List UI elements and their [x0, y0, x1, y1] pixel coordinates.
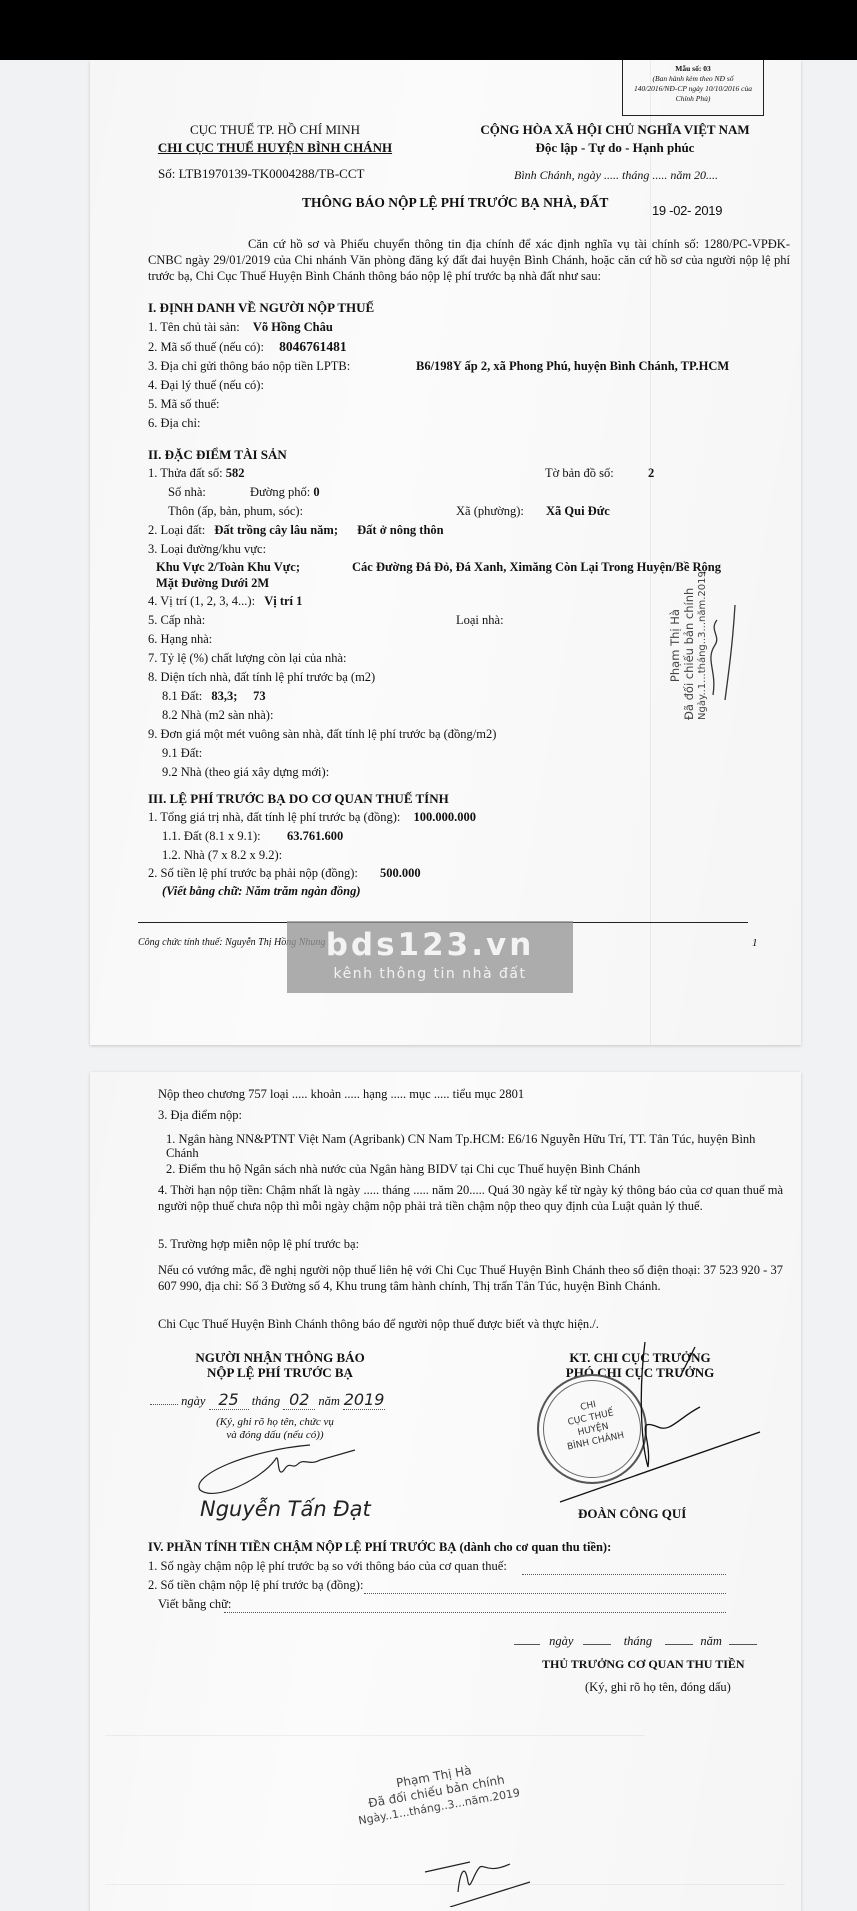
section2-heading: II. ĐẶC ĐIỂM TÀI SẢN — [148, 447, 287, 463]
certifier-signature-2-icon — [410, 1852, 540, 1907]
section4-heading: IV. PHẦN TÍNH TIỀN CHẬM NỘP LỆ PHÍ TRƯỚC… — [148, 1540, 611, 1555]
agency-parent: CỤC THUẾ TP. HỒ CHÍ MINH — [160, 122, 390, 138]
road-area-value: Khu Vực 2/Toàn Khu Vực; — [156, 560, 300, 575]
receiver-handwritten-name: Nguyễn Tấn Đạt — [200, 1497, 371, 1521]
parcel-row: 1. Thửa đất số: 582 — [148, 466, 244, 481]
collection-month-label: tháng — [624, 1634, 652, 1648]
house-grade-label: 5. Cấp nhà: — [148, 613, 205, 628]
total-value: 100.000.000 — [413, 810, 476, 824]
land-type-1: Đất trồng cây lâu năm; — [214, 523, 338, 537]
late-days-field — [522, 1574, 726, 1575]
unit-land-label: 9.1 Đất: — [162, 746, 202, 761]
section3-heading: III. LỆ PHÍ TRƯỚC BẠ DO CƠ QUAN THUẾ TÍN… — [148, 791, 449, 807]
map-sheet-value: 2 — [648, 466, 654, 481]
ward-label: Xã (phường): — [456, 504, 524, 519]
land-area-value: 83,3; 73 — [211, 689, 265, 703]
day-value: 25 — [209, 1390, 249, 1410]
position-row: 4. Vị trí (1, 2, 3, 4...): Vị trí 1 — [148, 594, 302, 609]
words-field — [224, 1612, 726, 1613]
street-label: Đường phố: — [250, 485, 310, 499]
watermark-tagline: kênh thông tin nhà đất — [287, 965, 573, 983]
land-area-row: 8.1 Đất: 83,3; 73 — [162, 689, 266, 704]
stamped-date: 19 -02- 2019 — [652, 203, 722, 218]
total-value-label: 1. Tổng giá trị nhà, đất tính lệ phí trư… — [148, 810, 400, 824]
closing-statement: Chi Cục Thuế Huyện Bình Chánh thông báo … — [158, 1317, 599, 1332]
receiver-signature-icon — [180, 1440, 380, 1500]
document-page-1: Mẫu số: 03 (Ban hành kèm theo NĐ số 140/… — [90, 60, 801, 1045]
road-type-label: 3. Loại đường/khu vực: — [148, 542, 266, 557]
owner-row: 1. Tên chủ tài sản: Võ Hồng Châu — [148, 320, 333, 335]
quality-label: 7. Tỷ lệ (%) chất lượng còn lại của nhà: — [148, 651, 347, 666]
agent-address-label: 6. Địa chỉ: — [148, 416, 200, 431]
tax-code-row: 2. Mã số thuế (nếu có): 8046761481 — [148, 339, 347, 355]
section4-heading-text: IV. PHẦN TÍNH TIỀN CHẬM NỘP LỆ PHÍ TRƯỚC… — [148, 1540, 611, 1554]
receiver-date: ngày 25 tháng 02 năm 2019 — [150, 1390, 385, 1410]
watermark: bds123.vn kênh thông tin nhà đất — [287, 921, 573, 993]
map-sheet-label: Tờ bản đồ số: — [545, 466, 614, 481]
contact-info: Nếu có vướng mắc, đề nghị người nộp thuế… — [158, 1262, 783, 1294]
month-label: tháng — [252, 1394, 280, 1408]
form-note: Chính Phủ) — [623, 94, 763, 104]
hamlet-label: Thôn (ấp, bản, phum, sóc): — [168, 504, 303, 519]
top-black-bar — [0, 0, 857, 60]
payment-place-1: 1. Ngân hàng NN&PTNT Việt Nam (Agribank)… — [166, 1132, 776, 1160]
house-class-label: 6. Hạng nhà: — [148, 632, 212, 647]
day-label: ngày — [181, 1394, 205, 1408]
year-value: 2019 — [343, 1390, 385, 1410]
year-label: năm — [318, 1394, 340, 1408]
house-area-label: 8.2 Nhà (m2 sàn nhà): — [162, 708, 273, 723]
bleed-through-line — [105, 1735, 645, 1736]
certifier-signature-icon — [695, 600, 740, 705]
land-type-2: Đất ở nông thôn — [357, 523, 443, 537]
land-area-label: 8.1 Đất: — [162, 689, 202, 703]
tax-code-value: 8046761481 — [279, 339, 347, 354]
watermark-brand: bds123.vn — [287, 921, 573, 965]
receiver-note: (Ký, ghi rõ họ tên, chức vụ — [180, 1416, 370, 1428]
payment-place-2: 2. Điểm thu hộ Ngân sách nhà nước của Ng… — [166, 1162, 640, 1177]
late-days-label: 1. Số ngày chậm nộp lệ phí trước bạ so v… — [148, 1559, 507, 1574]
payment-deadline: 4. Thời hạn nộp tiền: Chậm nhất là ngày … — [158, 1182, 783, 1214]
words-label: Viết bằng chữ: — [158, 1597, 231, 1612]
certifier-name: Phạm Thị Hà — [668, 571, 682, 720]
land-type-row: 2. Loại đất: Đất trồng cây lâu năm; Đất … — [148, 523, 444, 538]
collection-year-label: năm — [700, 1634, 722, 1648]
exemption-label: 5. Trường hợp miễn nộp lệ phí trước bạ: — [158, 1237, 359, 1252]
collection-date: ngày tháng năm — [514, 1634, 757, 1649]
ward-value: Xã Qui Đức — [546, 504, 610, 519]
parcel-label: 1. Thửa đất số: — [148, 466, 223, 480]
land-value-label: 1.1. Đất (8.1 x 9.1): — [162, 829, 261, 844]
nation-motto: Độc lập - Tự do - Hạnh phúc — [460, 140, 770, 156]
collection-day-label: ngày — [549, 1634, 573, 1648]
house-value-label: 1.2. Nhà (7 x 8.2 x 9.2): — [162, 848, 282, 863]
signer-name: ĐOÀN CÔNG QUÍ — [578, 1506, 686, 1522]
parcel-value: 582 — [226, 466, 245, 480]
unit-house-label: 9.2 Nhà (theo giá xây dựng mới): — [162, 765, 329, 780]
address-label: 3. Địa chỉ gửi thông báo nộp tiền LPTB: — [148, 359, 350, 373]
late-amount-field — [364, 1593, 726, 1594]
collection-head-note: (Ký, ghi rõ họ tên, đóng dấu) — [585, 1680, 731, 1695]
form-number: Mẫu số: 03 — [623, 64, 763, 74]
road-description-value: Các Đường Đá Đỏ, Đá Xanh, Ximăng Còn Lại… — [352, 560, 721, 575]
page-number: 1 — [752, 937, 758, 949]
unit-price-label: 9. Đơn giá một mét vuông sàn nhà, đất tí… — [148, 727, 496, 742]
payment-place-heading: 3. Địa điểm nộp: — [158, 1108, 242, 1123]
intro-paragraph: Căn cứ hồ sơ và Phiếu chuyển thông tin đ… — [148, 236, 790, 284]
address-value: B6/198Y ấp 2, xã Phong Phú, huyện Bình C… — [416, 359, 729, 374]
fee-value: 500.000 — [380, 866, 421, 881]
house-type-label: Loại nhà: — [456, 613, 504, 628]
agency-name: CHI CỤC THUẾ HUYỆN BÌNH CHÁNH — [145, 140, 405, 156]
position-label: 4. Vị trí (1, 2, 3, 4...): — [148, 594, 255, 608]
budget-chapter-line: Nộp theo chương 757 loại ..... khoản ...… — [158, 1087, 524, 1102]
month-value: 02 — [283, 1390, 315, 1410]
certification-line: Đã đối chiếu bản chính — [682, 571, 696, 720]
tax-agent-label: 4. Đại lý thuế (nếu có): — [148, 378, 264, 393]
land-value: 63.761.600 — [287, 829, 343, 844]
fee-label: 2. Số tiền lệ phí trước bạ phải nộp (đồn… — [148, 866, 358, 881]
section1-heading: I. ĐỊNH DANH VỀ NGƯỜI NỘP THUẾ — [148, 300, 374, 316]
fee-in-words: (Viết bằng chữ: Năm trăm ngàn đồng) — [162, 884, 361, 899]
signer-signature-icon — [530, 1337, 770, 1507]
road-width-value: Mặt Đường Dưới 2M — [156, 576, 269, 591]
land-type-label: 2. Loại đất: — [148, 523, 205, 537]
position-value: Vị trí 1 — [264, 594, 302, 608]
form-number-box: Mẫu số: 03 (Ban hành kèm theo NĐ số 140/… — [622, 60, 764, 116]
document-page-2: Nộp theo chương 757 loại ..... khoản ...… — [90, 1072, 801, 1911]
paper-fold — [650, 60, 651, 1045]
place-date: Bình Chánh, ngày ..... tháng ..... năm 2… — [514, 168, 718, 183]
street-value: 0 — [313, 485, 319, 499]
owner-label: 1. Tên chủ tài sản: — [148, 320, 240, 334]
collection-head-title: THỦ TRƯỞNG CƠ QUAN THU TIỀN — [542, 1657, 745, 1672]
receiver-subtitle: NỘP LỆ PHÍ TRƯỚC BẠ — [180, 1365, 380, 1381]
late-amount-label: 2. Số tiền chậm nộp lệ phí trước bạ (đồn… — [148, 1578, 363, 1593]
form-note: 140/2016/NĐ-CP ngày 10/10/2016 của — [623, 84, 763, 94]
tax-code-label: 2. Mã số thuế (nếu có): — [148, 340, 264, 354]
agent-tax-code-label: 5. Mã số thuế: — [148, 397, 220, 412]
nation-name: CỘNG HÒA XÃ HỘI CHỦ NGHĨA VIỆT NAM — [460, 122, 770, 138]
owner-value: Võ Hồng Châu — [253, 320, 333, 334]
form-note: (Ban hành kèm theo NĐ số — [623, 74, 763, 84]
agency-name-text: CHI CỤC THUẾ HUYỆN BÌNH CHÁNH — [158, 140, 392, 155]
document-number: Số: LTB1970139-TK0004288/TB-CCT — [158, 166, 364, 182]
street-row: Đường phố: 0 — [250, 485, 320, 500]
address-row: 3. Địa chỉ gửi thông báo nộp tiền LPTB: — [148, 359, 350, 374]
certification-stamp-2: Phạm Thị Hà Đã đối chiếu bản chính Ngày.… — [352, 1756, 521, 1829]
area-label: 8. Diện tích nhà, đất tính lệ phí trước … — [148, 670, 375, 685]
receiver-title: NGƯỜI NHẬN THÔNG BÁO — [180, 1350, 380, 1366]
total-value-row: 1. Tổng giá trị nhà, đất tính lệ phí trư… — [148, 810, 476, 825]
document-title: THÔNG BÁO NỘP LỆ PHÍ TRƯỚC BẠ NHÀ, ĐẤT — [302, 195, 608, 211]
house-number-label: Số nhà: — [168, 485, 206, 500]
